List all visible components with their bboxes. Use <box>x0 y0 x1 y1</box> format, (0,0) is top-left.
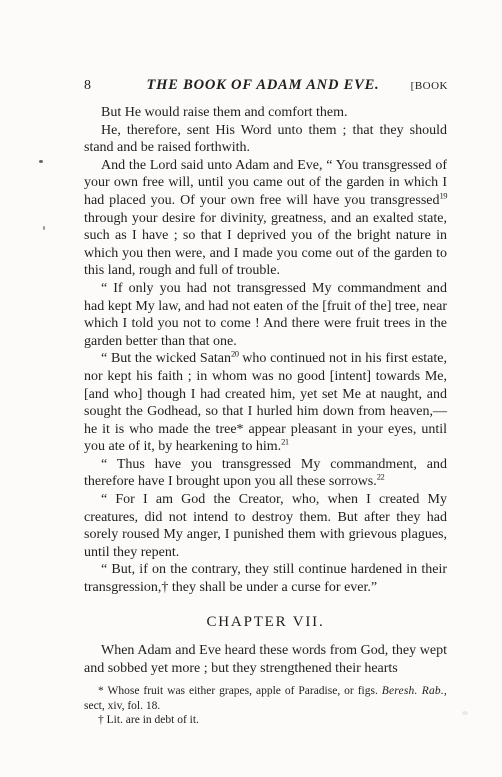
footnote: † Lit. are in debt of it. <box>84 713 447 727</box>
paragraph: And the Lord said unto Adam and Eve, “ Y… <box>84 157 447 280</box>
footnote-reference: 20 <box>231 349 239 359</box>
paragraph: “ Thus have you transgressed My commandm… <box>84 456 447 491</box>
italic-citation: Beresh. Rab., <box>382 685 447 697</box>
footnote-reference: 19 <box>440 190 448 200</box>
running-header: 8 THE BOOK OF ADAM AND EVE. [BOOK <box>84 77 448 94</box>
paragraph: “ But, if on the contrary, they still co… <box>84 561 447 596</box>
header-book-label: [BOOK <box>394 80 448 92</box>
scan-artifact <box>462 711 468 715</box>
page-number: 8 <box>84 78 132 94</box>
scan-artifact <box>43 226 45 230</box>
book-page: 8 THE BOOK OF ADAM AND EVE. [BOOK But He… <box>0 0 502 777</box>
paragraph: “ For I am God the Creator, who, when I … <box>84 491 447 561</box>
footnote-reference: 21 <box>281 437 289 447</box>
running-title: THE BOOK OF ADAM AND EVE. <box>132 77 394 94</box>
paragraph: When Adam and Eve heard these words from… <box>84 642 447 677</box>
body-text: But He would raise them and comfort them… <box>84 104 447 677</box>
paragraph: “ If only you had not transgressed My co… <box>84 280 447 350</box>
paragraph: He, therefore, sent His Word unto them ;… <box>84 122 447 157</box>
footnote: * Whose fruit was either grapes, apple o… <box>84 684 447 712</box>
chapter-heading: CHAPTER VII. <box>84 614 447 632</box>
text-column: But He would raise them and comfort them… <box>84 104 447 727</box>
footnotes: * Whose fruit was either grapes, apple o… <box>84 684 447 727</box>
footnote-reference: 22 <box>377 472 385 482</box>
paragraph: But He would raise them and comfort them… <box>84 104 447 122</box>
paragraph: “ But the wicked Satan20 who continued n… <box>84 350 447 456</box>
scan-artifact <box>39 160 43 163</box>
